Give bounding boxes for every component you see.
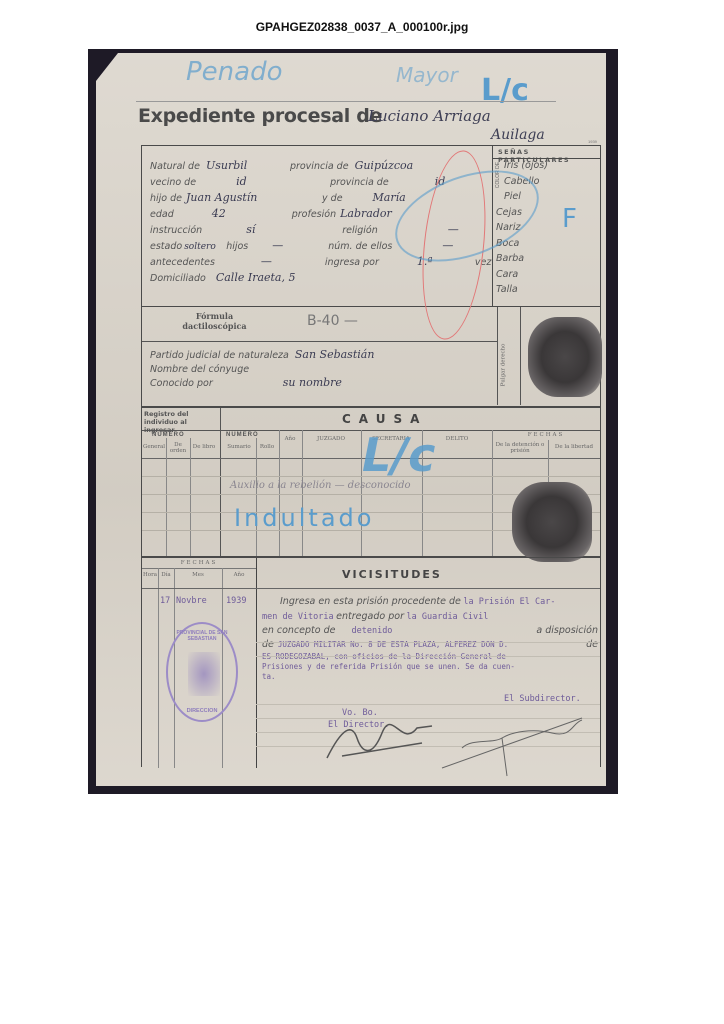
director-signature — [322, 718, 442, 763]
entry-day: 17 — [160, 596, 170, 606]
row-hijo: hijo de Juan Agustín y de María — [150, 188, 406, 204]
scanned-document: Penado Mayor L/c 1939 Expediente procesa… — [88, 49, 618, 794]
thumbprint — [528, 317, 602, 397]
subject-name-2: Auilaga — [491, 127, 545, 143]
natural-de-value: Usurbil — [200, 159, 290, 172]
margin-annotation: Penado — [186, 57, 283, 87]
entry-month: Novbre — [176, 596, 207, 606]
profesion-value: Labrador — [336, 207, 392, 220]
subdirector-label: El Subdirector. — [504, 694, 581, 704]
personal-data-box: Natural de Usurbil provincia de Guipúzco… — [141, 145, 601, 307]
indultado-mark: Indultado — [234, 504, 374, 532]
causa-title: CAUSA — [342, 412, 427, 426]
vobo-label: Vo. Bo. — [342, 708, 378, 718]
vicisitudes-text: Ingresa en esta prisión procedente de la… — [262, 594, 598, 682]
padre-value: Juan Agustín — [182, 191, 322, 204]
thumb-label: Pulgar derecho — [500, 344, 506, 387]
form-number: 1939 — [588, 139, 597, 144]
row-vecino: vecino de id provincia de id — [150, 172, 445, 188]
eagle-emblem-icon — [188, 652, 220, 696]
entry-year: 1939 — [226, 596, 246, 606]
row-natural: Natural de Usurbil provincia de Guipúzco… — [150, 156, 413, 172]
madre-value: María — [343, 191, 406, 204]
vicisitudes-title: VICISITUDES — [342, 568, 442, 581]
senas-mark: F — [562, 204, 577, 234]
causa-blue-mark: L/c — [362, 428, 435, 482]
edad-value: 42 — [174, 207, 292, 220]
domiciliado-value: Calle Iraeta, 5 — [206, 271, 296, 284]
provincia1-value: Guipúzcoa — [349, 159, 414, 172]
page-title: Expediente procesal de — [138, 105, 382, 127]
official-stamp: PROVINCIAL DE SAN SEBASTIAN DIRECCION — [166, 622, 238, 722]
formula-box: Fórmula dactiloscópica B-40 — Pulgar der… — [141, 307, 601, 407]
causa-table: Registro del individuo al ingresar CAUSA… — [141, 407, 601, 557]
formula-value: B-40 — — [307, 313, 358, 329]
blue-mark-top: L/c — [481, 73, 529, 108]
fingerprint — [512, 482, 592, 562]
subdirector-signature — [432, 708, 592, 778]
file-name-caption: GPAHGEZ02838_0037_A_000100r.jpg — [0, 20, 724, 34]
subject-name: Luciano Arriaga — [368, 107, 491, 125]
margin-annotation-2: Mayor — [396, 63, 458, 87]
document-paper: Penado Mayor L/c 1939 Expediente procesa… — [96, 53, 606, 786]
row-domiciliado: Domiciliado Calle Iraeta, 5 — [150, 268, 296, 284]
row-edad: edad 42 profesión Labrador — [150, 204, 392, 220]
partido-value: San Sebastián — [289, 348, 375, 361]
vicisitudes-section: FECHAS Hora Día Mes Año VICISITUDES 17 N… — [141, 557, 601, 767]
